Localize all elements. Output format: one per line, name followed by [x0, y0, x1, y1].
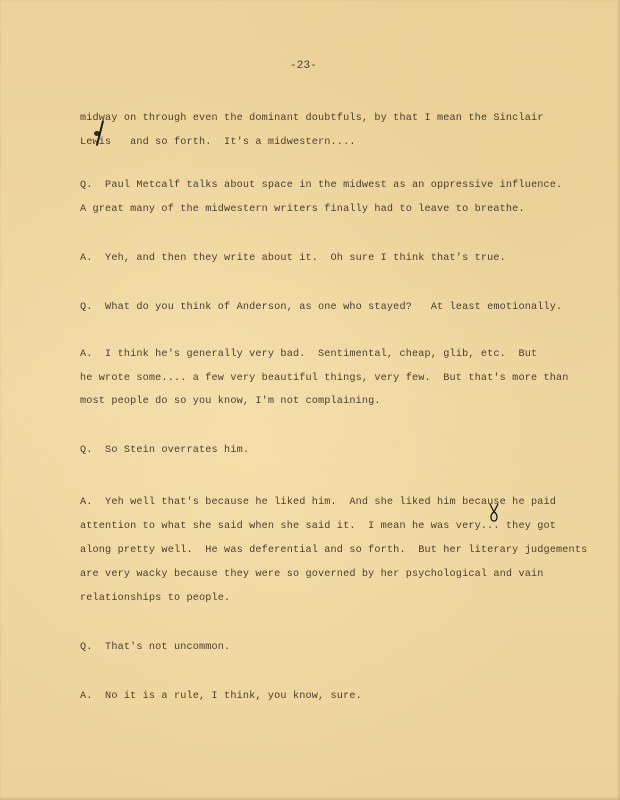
answer-line: A. No it is a rule, I think, you know, s…: [80, 691, 362, 702]
page-number: -23-: [290, 60, 317, 72]
answer-line: A. Yeh well that's because he liked him.…: [80, 497, 556, 508]
question-line: Q. What do you think of Anderson, as one…: [80, 302, 562, 313]
question-line: Q. So Stein overrates him.: [80, 445, 249, 456]
text-line: most people do so you know, I'm not comp…: [80, 396, 381, 407]
question-line: Q. Paul Metcalf talks about space in the…: [80, 180, 562, 191]
text-line: Lewis and so forth. It's a midwestern...…: [80, 137, 356, 148]
question-line: Q. That's not uncommon.: [80, 642, 230, 653]
text-line: relationships to people.: [80, 593, 230, 604]
text-line: along pretty well. He was deferential an…: [80, 545, 587, 556]
text-line: he wrote some.... a few very beautiful t…: [80, 373, 569, 384]
text-line: attention to what she said when she said…: [80, 521, 556, 532]
text-line: midway on through even the dominant doub…: [80, 113, 544, 124]
typewritten-page: -23- midway on through even the dominant…: [0, 0, 620, 800]
handwritten-delete-mark: [489, 503, 499, 523]
answer-line: A. Yeh, and then they write about it. Oh…: [80, 253, 506, 264]
text-line: A great many of the midwestern writers f…: [80, 204, 525, 215]
text-line: are very wacky because they were so gove…: [80, 569, 544, 580]
handwritten-slash-mark: [95, 120, 103, 146]
answer-line: A. I think he's generally very bad. Sent…: [80, 349, 537, 360]
